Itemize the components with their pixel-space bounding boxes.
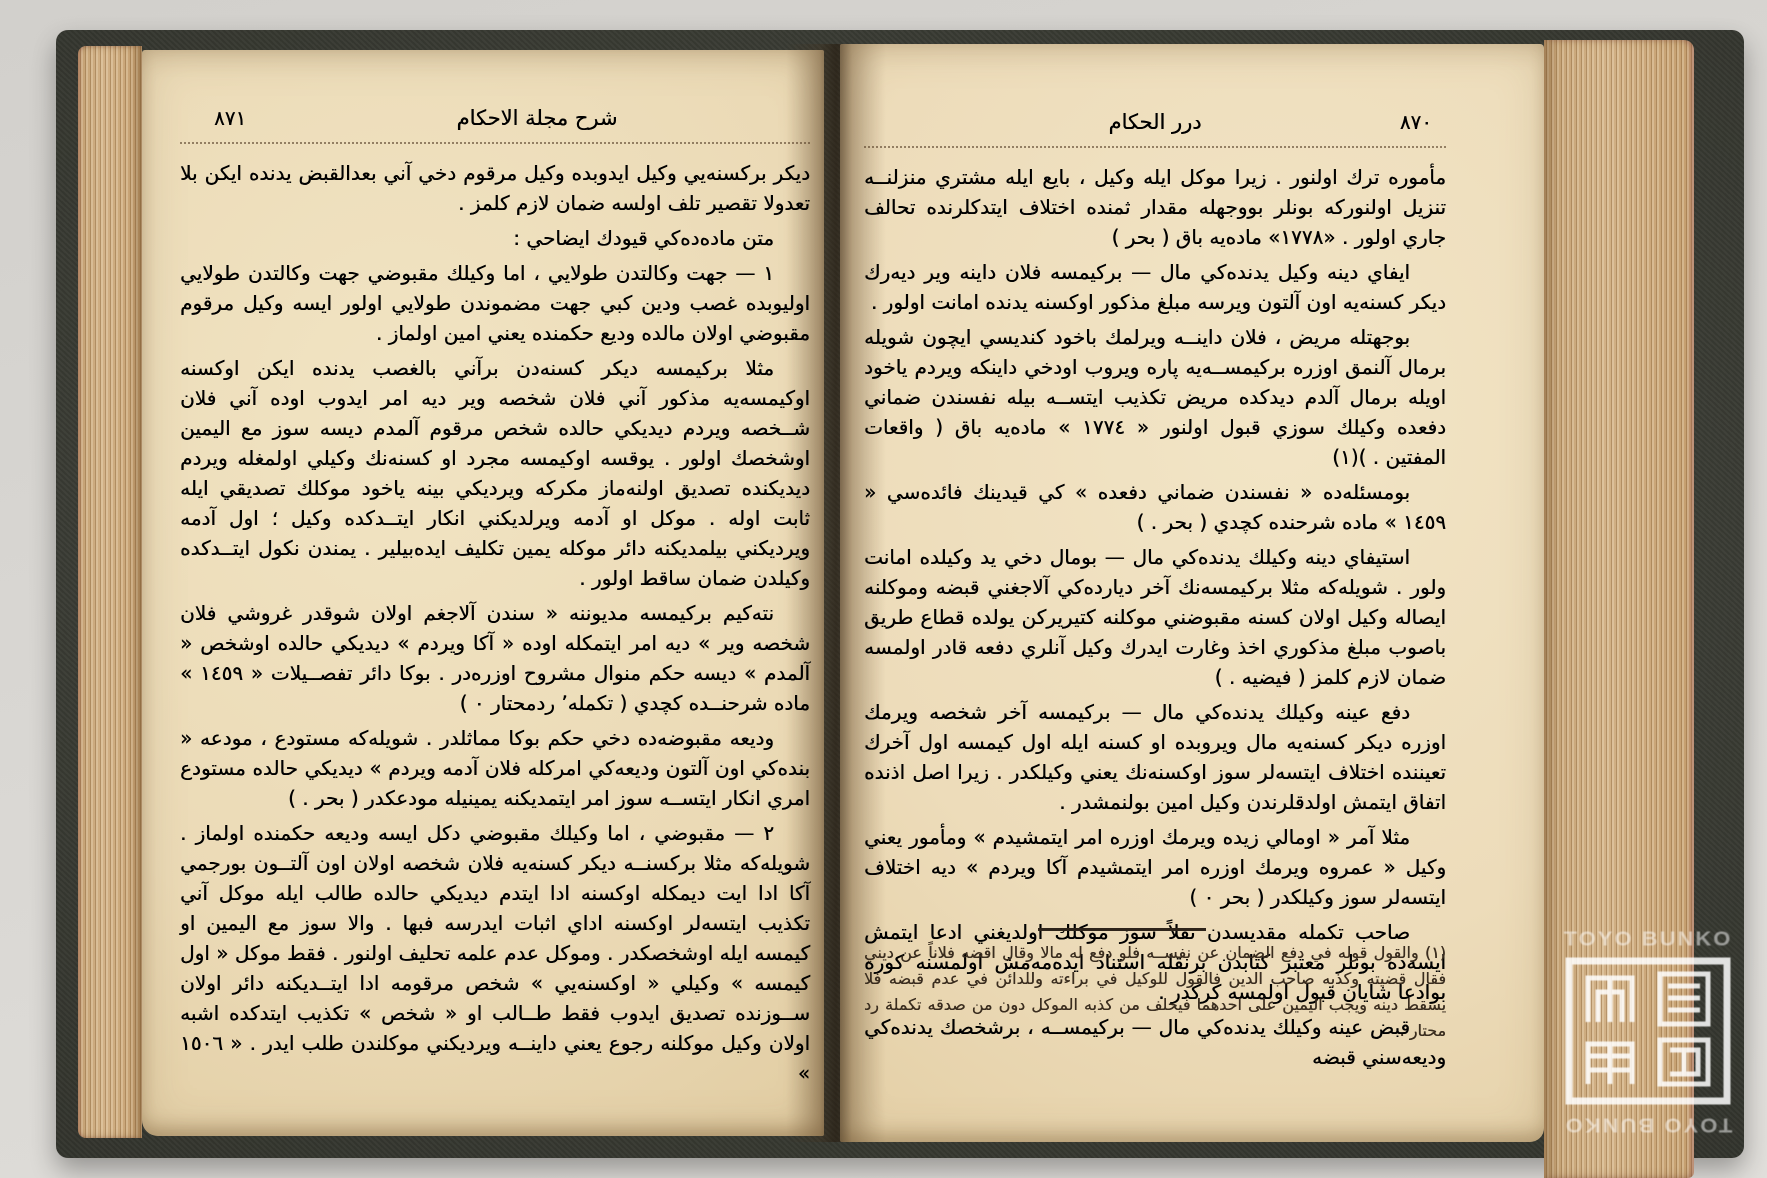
left-page-header: ٨٧١ شرح مجلة الاحكام: [180, 104, 810, 144]
right-header-rule: [864, 146, 1446, 148]
paragraph: مأموره ترك اولنور . زيرا موكل ايله وكيل …: [864, 162, 1446, 252]
paragraph: ايفاي دينه وكيل يدنده‌كي مال — بركيمسه ف…: [864, 257, 1446, 317]
footnote-block: (١) والقول قوله في دفع الضمان عن نفســه …: [864, 928, 1446, 1044]
right-page-title: درر الحكام: [864, 110, 1446, 134]
fore-edge-left: [78, 46, 142, 1138]
fore-edge-right: [1544, 40, 1694, 1178]
paragraph: بومسئله‌ده « نفسندن ضماني دفعده » كي قيد…: [864, 477, 1446, 537]
left-header-rule: [180, 142, 810, 144]
footnote-separator-rule: [1038, 928, 1206, 931]
paragraph: وديعه مقبوضه‌ده دخي حكم بوكا مماثلدر . ش…: [180, 723, 810, 813]
right-page-header: ٨٧٠ درر الحكام: [864, 108, 1446, 148]
paragraph: مثلا بركيمسه ديكر كسنه‌دن برآني بالغصب ي…: [180, 353, 810, 593]
paragraph: استيفاي دينه وكيلك يدنده‌كي مال — بومال …: [864, 542, 1446, 692]
left-page-body: ديكر بركسنه‌يي وكيل ايدوبده وكيل مرقوم د…: [180, 158, 810, 1093]
footnote-text: (١) والقول قوله في دفع الضمان عن نفســه …: [864, 940, 1446, 1044]
paragraph: نته‌كيم بركيمسه مديوننه « سندن آلاجغم او…: [180, 598, 810, 718]
paragraph: ٢ — مقبوضي ، اما وكيلك مقبوضي دكل ايسه و…: [180, 818, 810, 1088]
paragraph: بوجهتله مريض ، فلان داينــه ويرلمك باخود…: [864, 322, 1446, 472]
paragraph: متن ماده‌ده‌كي قيودك ايضاحي :: [180, 223, 810, 253]
paragraph: دفع عينه وكيلك يدنده‌كي مال — بركيمسه آخ…: [864, 697, 1446, 817]
book-photo-scene: ٨٧١ شرح مجلة الاحكام ديكر بركسنه‌يي وكيل…: [0, 0, 1767, 1178]
left-page-title: شرح مجلة الاحكام: [222, 106, 852, 130]
paragraph: مثلا آمر « اومالي زيده ويرمك اوزره امر ا…: [864, 822, 1446, 912]
paragraph: ١ — جهت وكالتدن طولايي ، اما وكيلك مقبوض…: [180, 258, 810, 348]
paragraph: ديكر بركسنه‌يي وكيل ايدوبده وكيل مرقوم د…: [180, 158, 810, 218]
